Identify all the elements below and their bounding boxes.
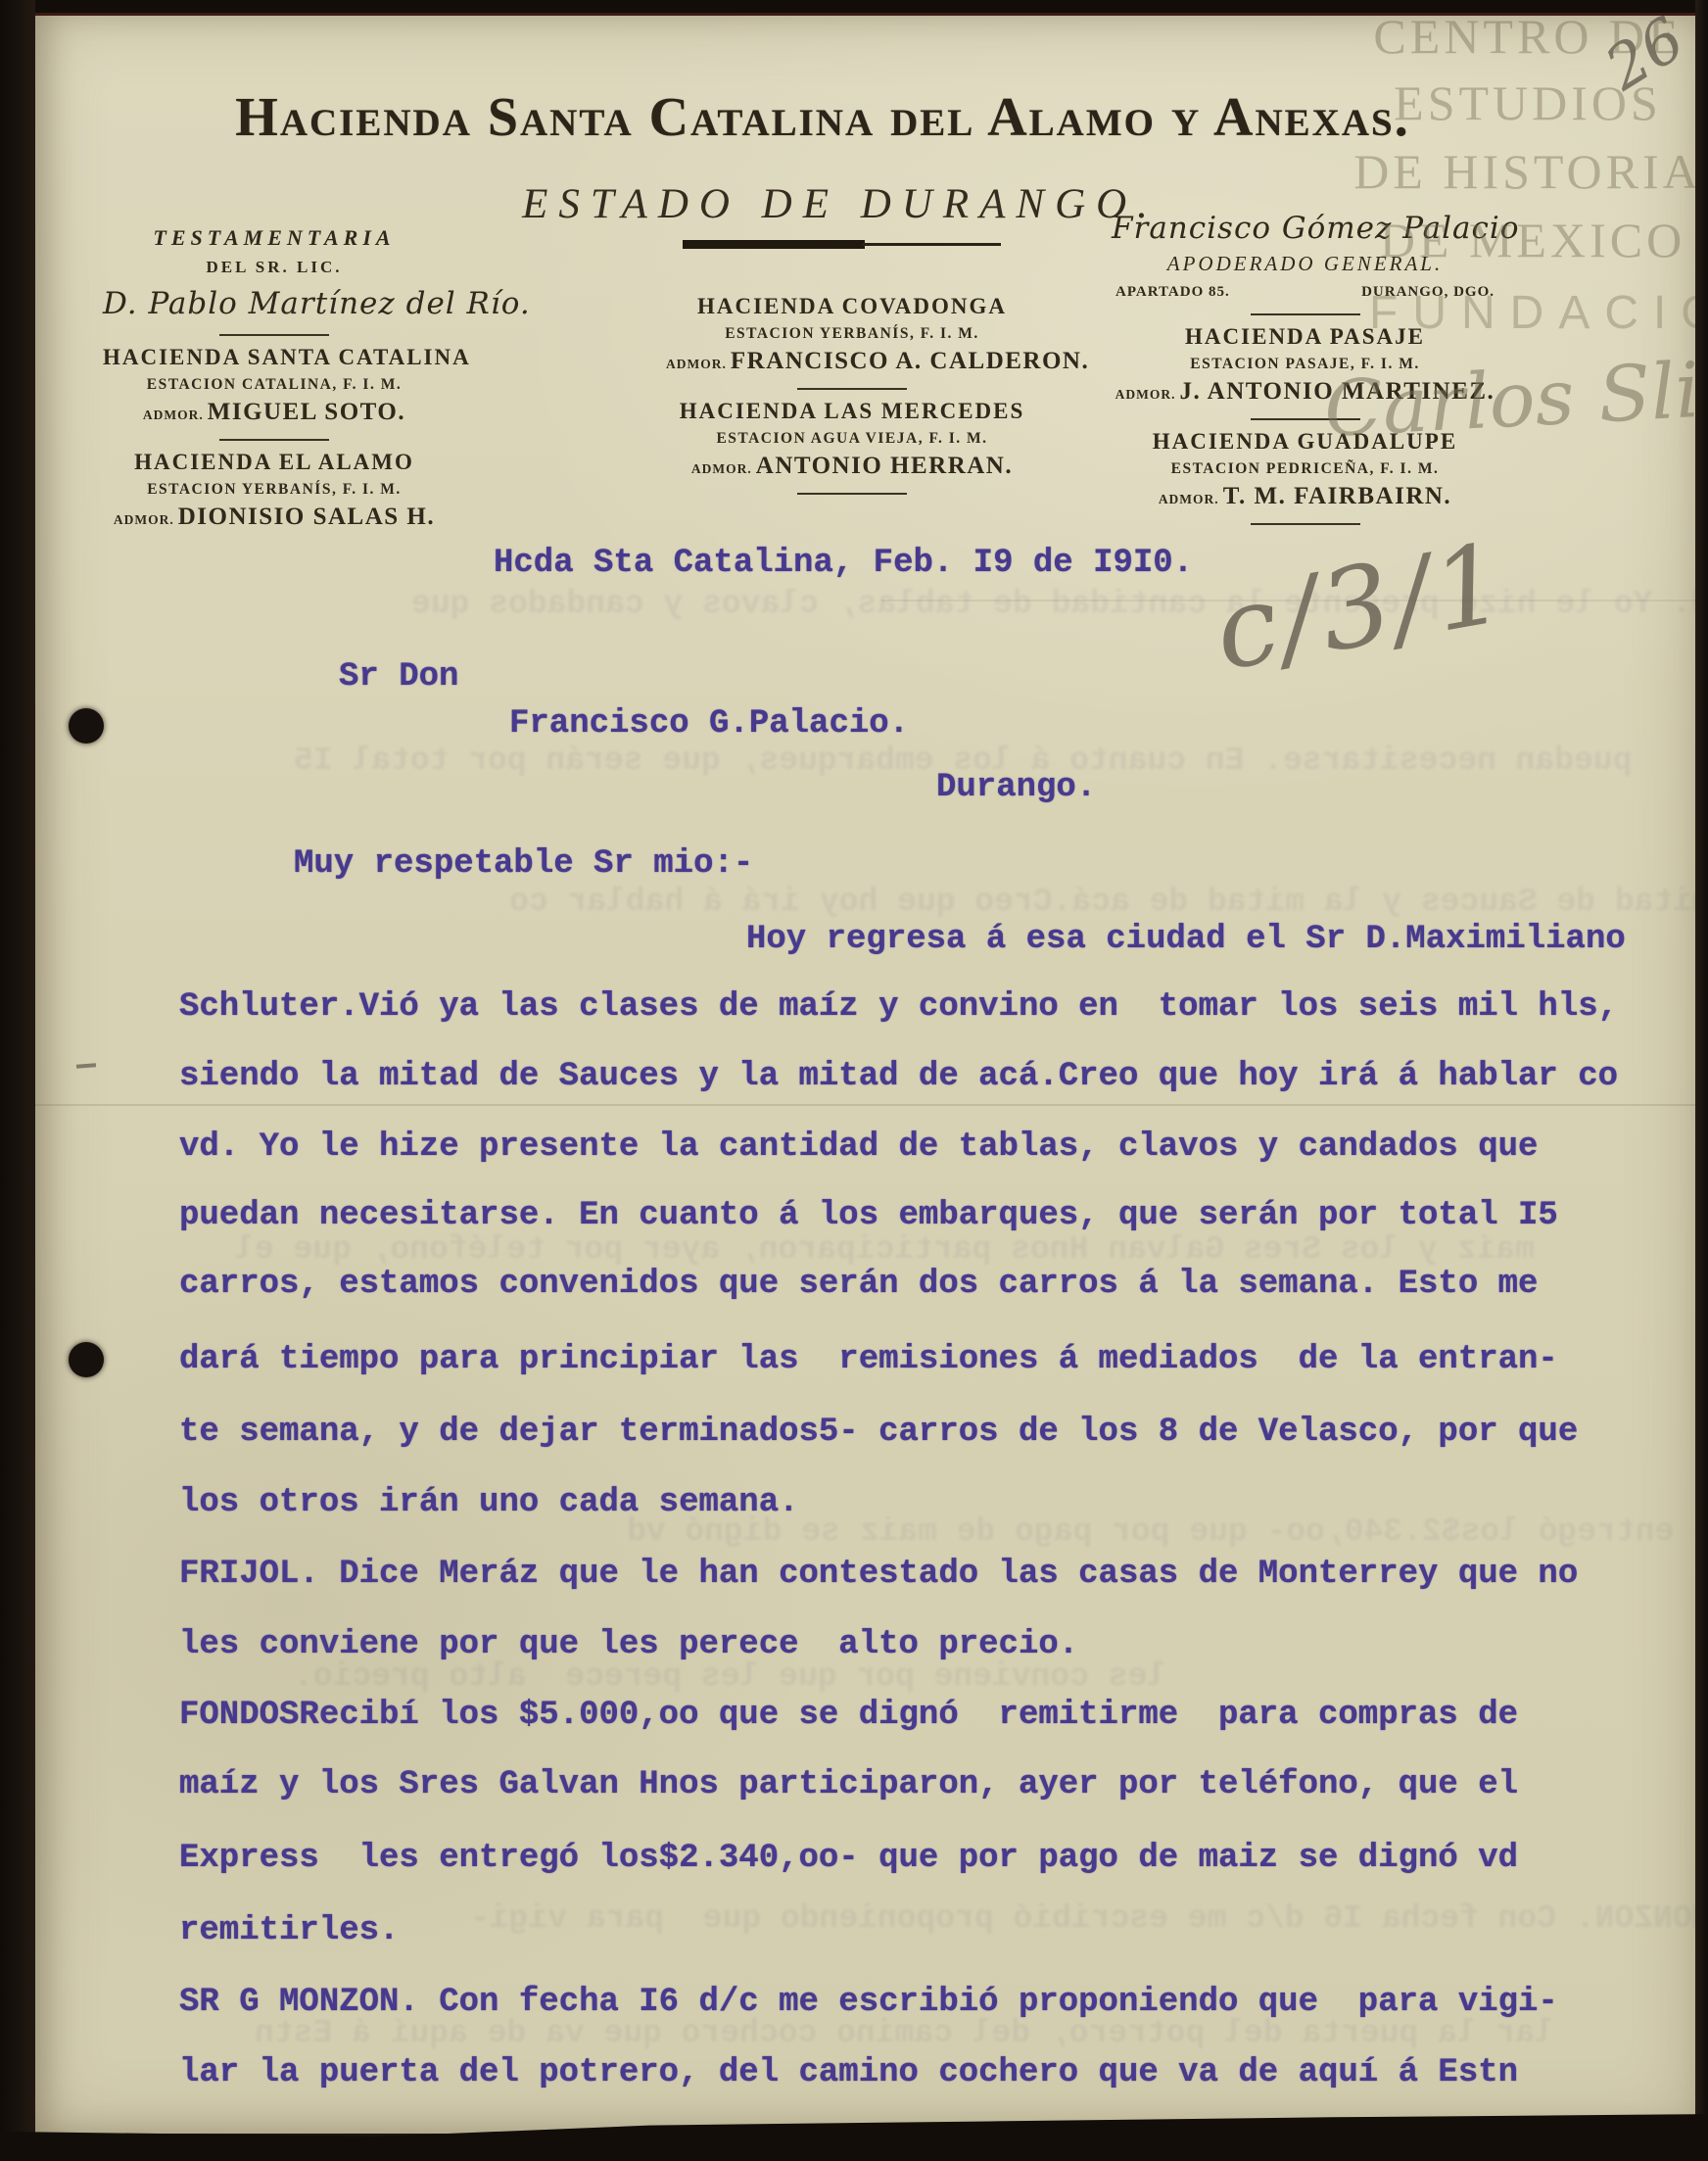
watermark-centro-de: CENTRO DE [1361,8,1694,65]
letter-line: dará tiempo para principiar las remision… [179,1341,1558,1378]
divider [797,493,907,495]
divider [219,439,329,441]
letter-line: te semana, y de dejar terminados5- carro… [179,1414,1578,1451]
bleed-through-text: maíz y los Sres Galvan Hnos participaron… [235,1231,1535,1268]
bleed-through-text: siendo la mitad de Sauces y la mitad de … [509,884,1708,920]
letter-recipient-city: Durango. [936,769,1096,806]
bleed-through-text: vd. Yo le hize presente la cantidad de t… [411,586,1708,622]
hole-punch-bottom [69,1342,104,1377]
paper-crease [35,1104,1696,1106]
subtitle-rule-thick [683,240,865,249]
letter-line: los otros irán uno cada semana. [179,1484,799,1521]
letterhead-column-left: TESTAMENTARIA DEL SR. LIC. D. Pablo Mart… [103,225,446,531]
letter-line: SR G MONZON. Con fecha I6 d/c me escribi… [179,1984,1558,2021]
letter-line: FONDOSRecibí los $5.000,oo que se dignó … [179,1697,1518,1734]
letter-line: Express les entregó los$2.340,oo- que po… [179,1840,1518,1877]
apartado: APARTADO 85. [1115,284,1230,301]
watermark-estudios: ESTUDIOS [1361,74,1694,131]
letter-line: siendo la mitad de Sauces y la mitad de … [179,1058,1618,1095]
hacienda-block-el-alamo: HACIENDA EL ALAMO ESTACION YERBANÍS, F. … [103,450,446,531]
divider [1251,313,1360,315]
watermark-de-mexico: DE MEXICO [1361,212,1704,268]
bleed-through-text: SR G MONZON. Con fecha I6 d/c me escribi… [470,1900,1708,1937]
divider [797,388,907,390]
testamentaria-heading: TESTAMENTARIA [103,225,446,251]
hacienda-block-las-mercedes: HACIENDA LAS MERCEDES ESTACION AGUA VIEJ… [666,399,1038,480]
pablo-martinez-name: D. Pablo Martínez del Río. [103,286,446,321]
letter-line: maíz y los Sres Galvan Hnos participaron… [179,1766,1518,1803]
letter-line: Schluter.Vió ya las clases de maíz y con… [179,988,1618,1026]
letter-line: les conviene por que les perece alto pre… [179,1626,1078,1663]
scan-edge-top [0,0,1708,16]
divider [219,334,329,336]
hacienda-block-covadonga: HACIENDA COVADONGA ESTACION YERBANÍS, F.… [666,294,1038,375]
letterhead-title: Hacienda Santa Catalina del Alamo y Anex… [98,86,1547,149]
letter-line: remitirles. [179,1912,399,1949]
letter-line: puedan necesitarse. En cuanto á los emba… [179,1197,1558,1234]
letter-recipient-prefix: Sr Don [339,658,458,696]
letter-line: carros, estamos convenidos que serán dos… [179,1266,1538,1303]
subtitle-rule-thin [862,243,1001,246]
letterhead-column-center: HACIENDA COVADONGA ESTACION YERBANÍS, F.… [666,290,1038,504]
bleed-through-text: les conviene por que les perece alto pre… [294,1658,1166,1695]
watermark-de-historia: DE HISTORIA [1352,143,1704,200]
watermark-fundacion: FUNDACIÓN [1369,286,1708,340]
scan-edge-right [1695,0,1708,2161]
hacienda-block-santa-catalina: HACIENDA SANTA CATALINA ESTACION CATALIN… [103,345,446,426]
scanned-letter-page: vd. Yo le hize presente la cantidad de t… [0,0,1708,2161]
letter-line: Hoy regresa á esa ciudad el Sr D.Maximil… [746,921,1626,958]
letter-recipient-name: Francisco G.Palacio. [509,705,909,743]
letter-dateline: Hcda Sta Catalina, Feb. I9 de I9I0. [494,545,1193,582]
letter-line: FRIJOL. Dice Meráz que le han contestado… [179,1556,1578,1593]
letter-line: vd. Yo le hize presente la cantidad de t… [179,1129,1538,1166]
hole-punch-top [69,708,104,744]
del-sr-lic: DEL SR. LIC. [103,258,446,277]
letter-salutation: Muy respetable Sr mio:- [294,845,753,883]
divider [1251,523,1360,525]
letter-line: lar la puerta del potrero, del camino co… [179,2054,1518,2091]
scan-edge-left [0,0,35,2161]
